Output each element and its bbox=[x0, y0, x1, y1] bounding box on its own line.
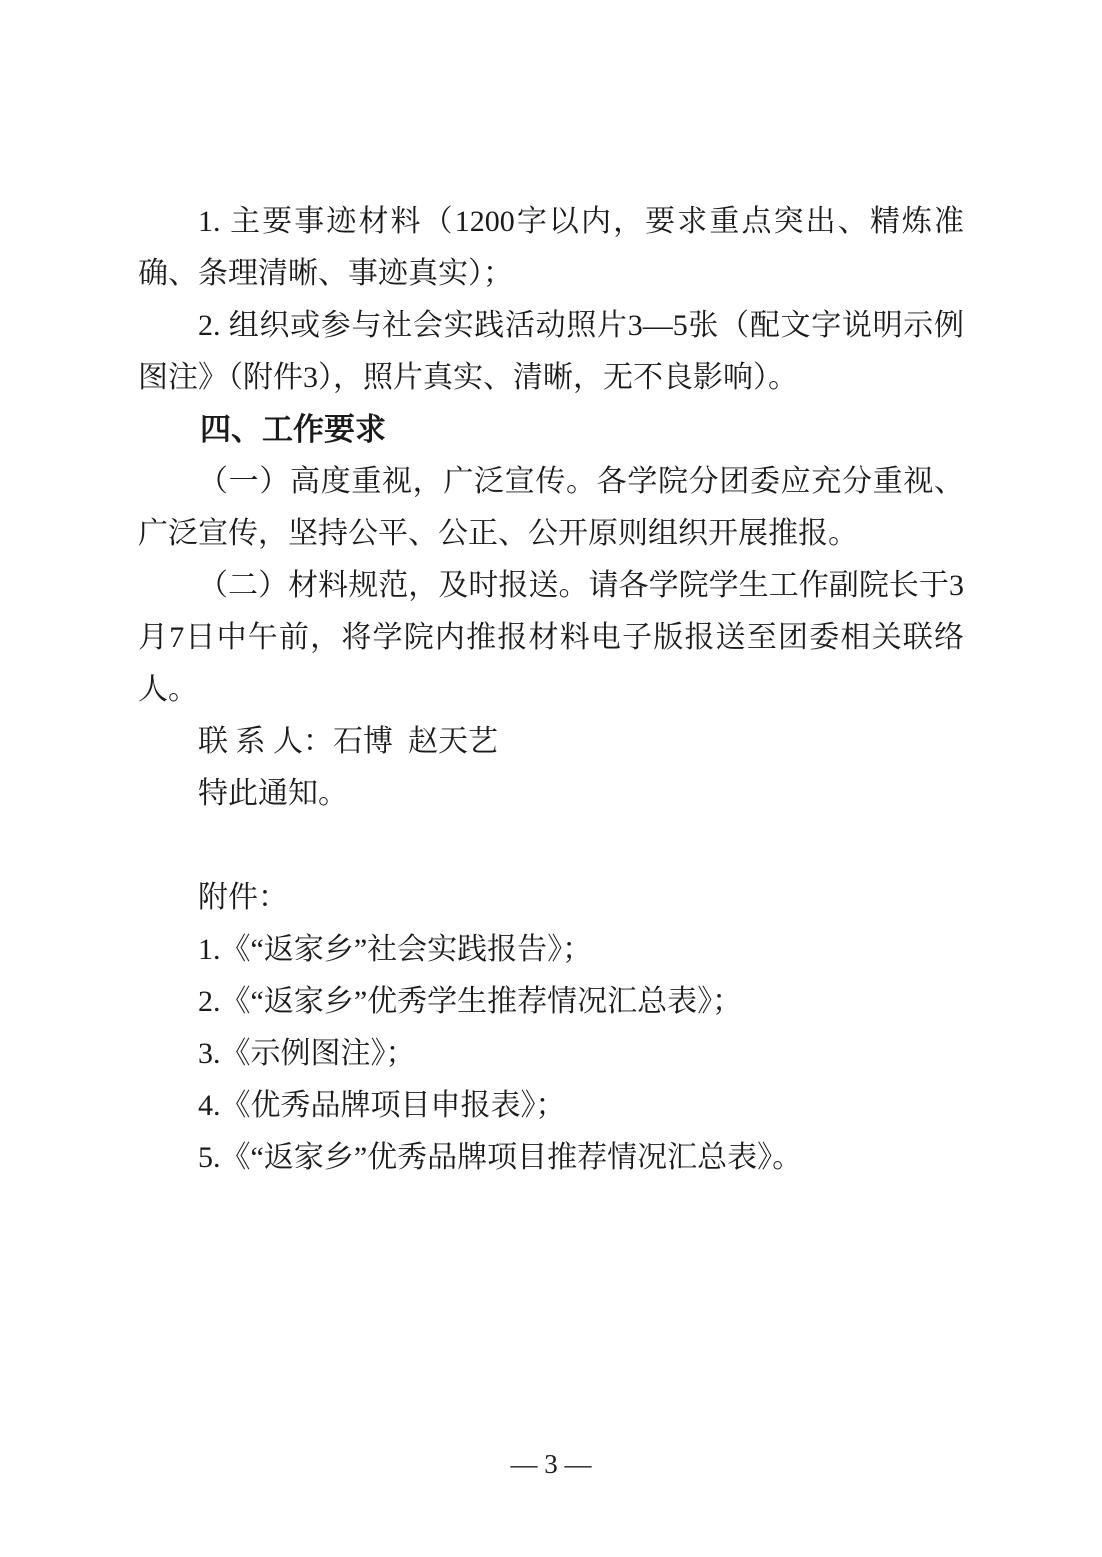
attachment-item-3: 3.《示例图注》； bbox=[138, 1028, 964, 1080]
paragraph-materials-item-1: 1. 主要事迹材料（1200字以内，要求重点突出、精炼准确、条理清晰、事迹真实）… bbox=[138, 196, 964, 300]
paragraph-notice-closing: 特此通知。 bbox=[138, 768, 964, 820]
paragraph-work-requirement-2: （二）材料规范，及时报送。请各学院学生工作副院长于3月7日中午前，将学院内推报材… bbox=[138, 560, 964, 716]
document-body: 1. 主要事迹材料（1200字以内，要求重点突出、精炼准确、条理清晰、事迹真实）… bbox=[138, 196, 964, 1184]
page-number: — 3 — bbox=[0, 1448, 1102, 1480]
attachment-item-5: 5.《“返家乡”优秀品牌项目推荐情况汇总表》。 bbox=[138, 1132, 964, 1184]
blank-line bbox=[138, 820, 964, 872]
paragraph-materials-item-2: 2. 组织或参与社会实践活动照片3—5张（配文字说明示例图注》（附件3），照片真… bbox=[138, 300, 964, 404]
attachment-item-2: 2.《“返家乡”优秀学生推荐情况汇总表》； bbox=[138, 976, 964, 1028]
paragraph-work-requirement-1: （一）高度重视，广泛宣传。各学院分团委应充分重视、广泛宣传，坚持公平、公正、公开… bbox=[138, 456, 964, 560]
section-heading-work-requirements: 四、工作要求 bbox=[138, 404, 964, 456]
attachment-item-1: 1.《“返家乡”社会实践报告》； bbox=[138, 924, 964, 976]
paragraph-contact-persons: 联 系 人：石博 赵天艺 bbox=[138, 716, 964, 768]
document-page: 1. 主要事迹材料（1200字以内，要求重点突出、精炼准确、条理清晰、事迹真实）… bbox=[0, 0, 1102, 1557]
attachment-item-4: 4.《优秀品牌项目申报表》； bbox=[138, 1080, 964, 1132]
attachments-label: 附件： bbox=[138, 872, 964, 924]
